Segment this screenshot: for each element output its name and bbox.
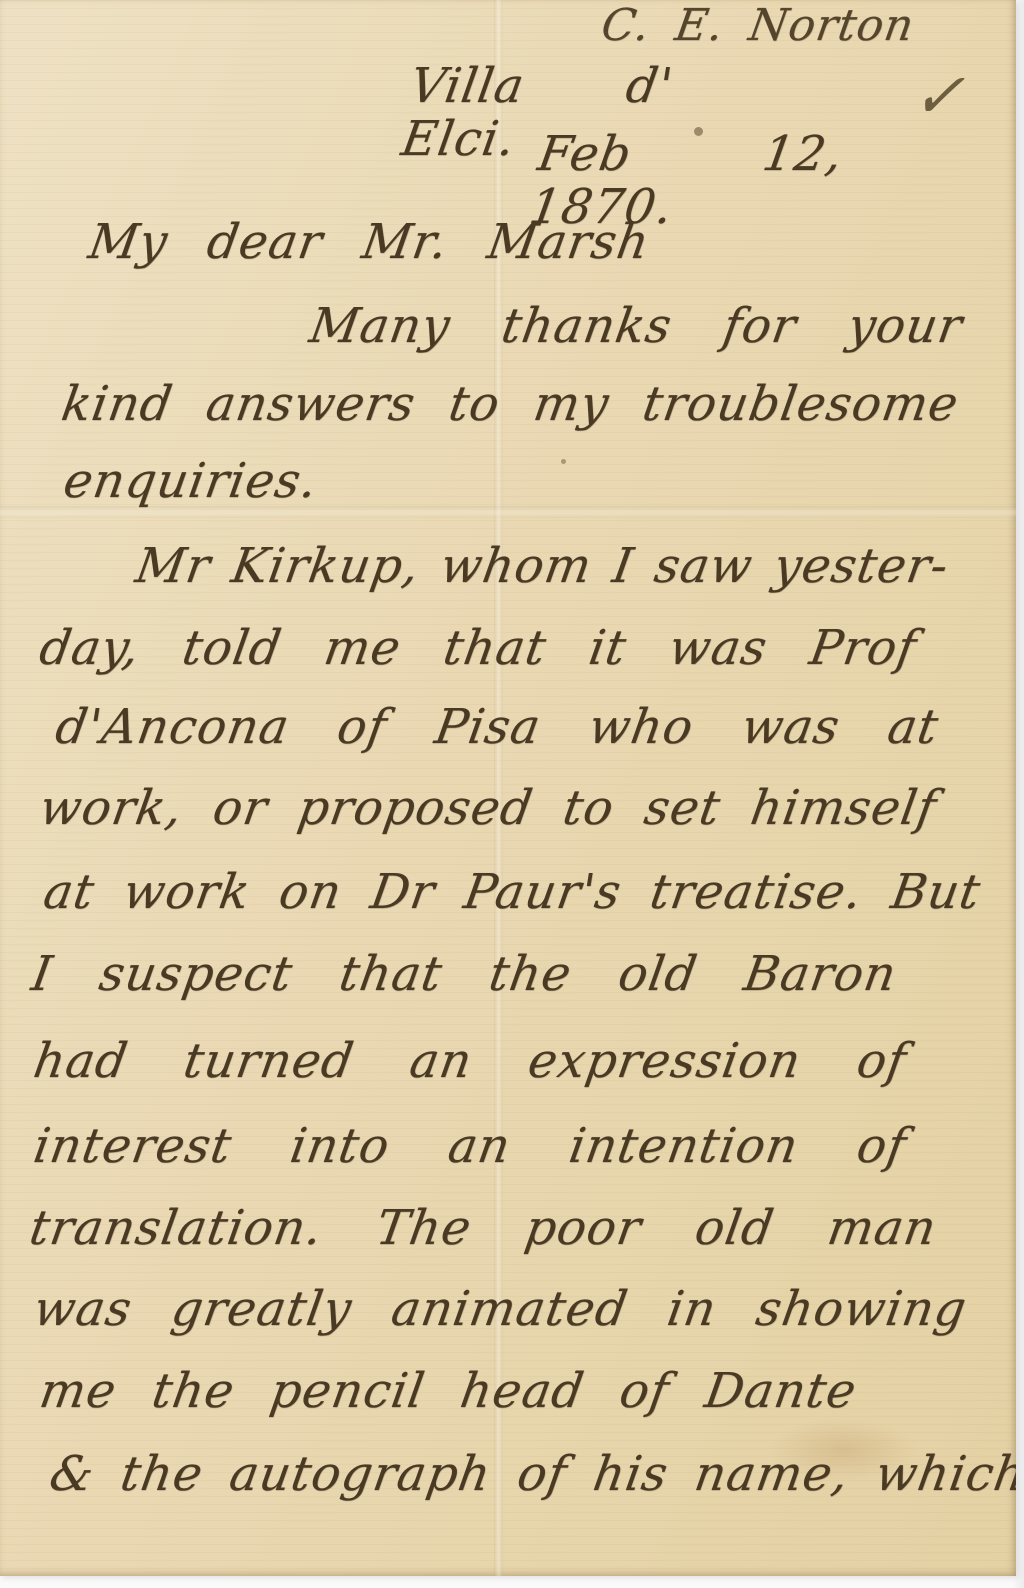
body-line: enquiries.: [60, 455, 321, 508]
body-line: translation. The poor old man: [26, 1202, 940, 1255]
body-line: was greatly animated in showing: [30, 1283, 970, 1336]
checkmark-icon: ✓: [910, 62, 968, 130]
body-line: & the autograph of his name, which: [46, 1448, 1016, 1501]
archivist-annotation: C. E. Norton: [598, 2, 918, 50]
ink-speck: [561, 459, 566, 464]
body-line: Many thanks for your: [306, 300, 966, 353]
letter-page: C. E. Norton Villa d' Elci. Feb 12, 1870…: [0, 0, 1016, 1576]
body-line: I suspect that the old Baron: [28, 948, 900, 1001]
body-line: interest into an intention of: [30, 1120, 910, 1173]
body-line: at work on Dr Paur's treatise. But: [40, 866, 984, 919]
body-line: kind answers to my troublesome: [58, 378, 962, 431]
body-line: day, told me that it was Prof: [36, 622, 920, 675]
body-line: me the pencil head of Dante: [36, 1365, 860, 1418]
body-line: had turned an expression of: [30, 1035, 910, 1088]
salutation-line: My dear Mr. Marsh: [85, 216, 653, 269]
body-line: d'Ancona of Pisa who was at: [52, 701, 942, 754]
body-line: Mr Kirkup, whom I saw yester-: [132, 540, 952, 593]
body-line: work, or proposed to set himself: [36, 782, 940, 835]
